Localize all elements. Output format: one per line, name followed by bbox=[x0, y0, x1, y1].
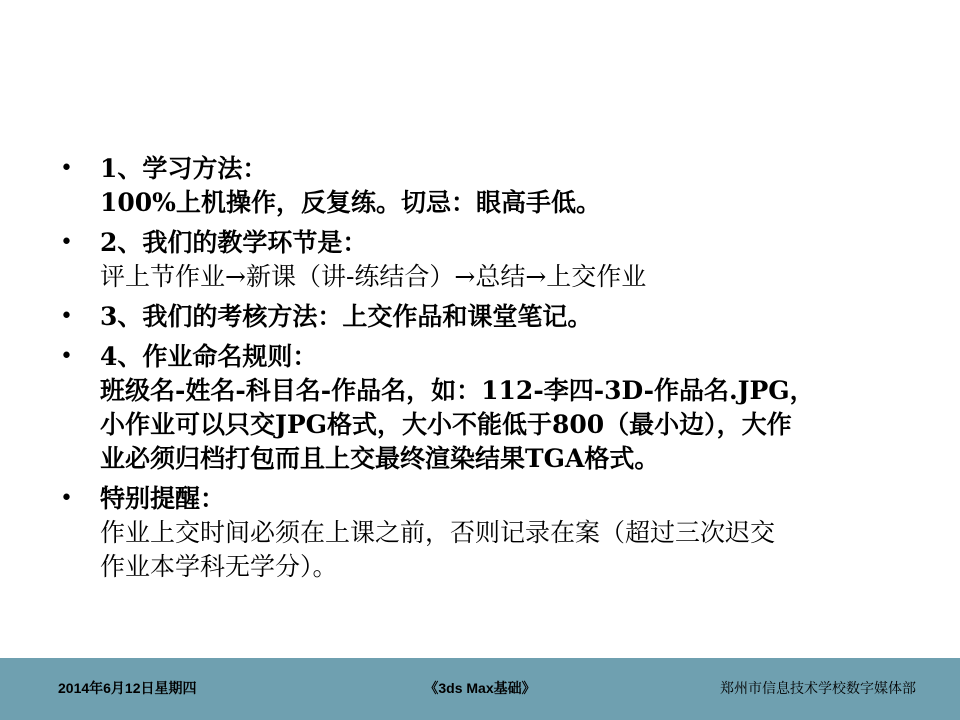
footer-organization: 郑州市信息技术学校数字媒体部 bbox=[720, 678, 916, 698]
bullet-line: 100%上机操作，反复练。切忌：眼高手低。 bbox=[100, 186, 601, 220]
bullet-line: 班级名-姓名-科目名-作品名，如：112-李四-3D-作品名.JPG， bbox=[100, 374, 815, 408]
bullet-title: 特别提醒： bbox=[100, 482, 775, 516]
bullet-item-special-reminder: • 特别提醒： 作业上交时间必须在上课之前，否则记录在案（超过三次迟交 作业本学… bbox=[58, 482, 918, 584]
bullet-line: 作业本学科无学分）。 bbox=[100, 550, 775, 584]
bullet-title: 3、我们的考核方法：上交作品和课堂笔记。 bbox=[100, 300, 592, 334]
bullet-icon: • bbox=[58, 152, 100, 220]
bullet-title: 1、学习方法： bbox=[100, 152, 601, 186]
bullet-icon: • bbox=[58, 226, 100, 294]
slide-footer: 2014年6月12日星期四 《3ds Max基础》 郑州市信息技术学校数字媒体部 bbox=[0, 658, 960, 720]
bullet-line: 评上节作业→新课（讲-练结合）→总结→上交作业 bbox=[100, 260, 646, 294]
bullet-line: 作业上交时间必须在上课之前，否则记录在案（超过三次迟交 bbox=[100, 516, 775, 550]
bullet-item-learning-method: • 1、学习方法： 100%上机操作，反复练。切忌：眼高手低。 bbox=[58, 152, 918, 220]
bullet-title: 2、我们的教学环节是： bbox=[100, 226, 646, 260]
bullet-item-assessment: • 3、我们的考核方法：上交作品和课堂笔记。 bbox=[58, 300, 918, 334]
slide-content: • 1、学习方法： 100%上机操作，反复练。切忌：眼高手低。 • 2、我们的教… bbox=[58, 152, 918, 590]
bullet-item-teaching-steps: • 2、我们的教学环节是： 评上节作业→新课（讲-练结合）→总结→上交作业 bbox=[58, 226, 918, 294]
bullet-icon: • bbox=[58, 482, 100, 584]
bullet-title: 4、作业命名规则： bbox=[100, 340, 815, 374]
bullet-icon: • bbox=[58, 300, 100, 334]
bullet-line: 业必须归档打包而且上交最终渲染结果TGA格式。 bbox=[100, 442, 815, 476]
bullet-item-naming-rules: • 4、作业命名规则： 班级名-姓名-科目名-作品名，如：112-李四-3D-作… bbox=[58, 340, 918, 476]
bullet-icon: • bbox=[58, 340, 100, 476]
bullet-line: 小作业可以只交JPG格式，大小不能低于800（最小边），大作 bbox=[100, 408, 815, 442]
